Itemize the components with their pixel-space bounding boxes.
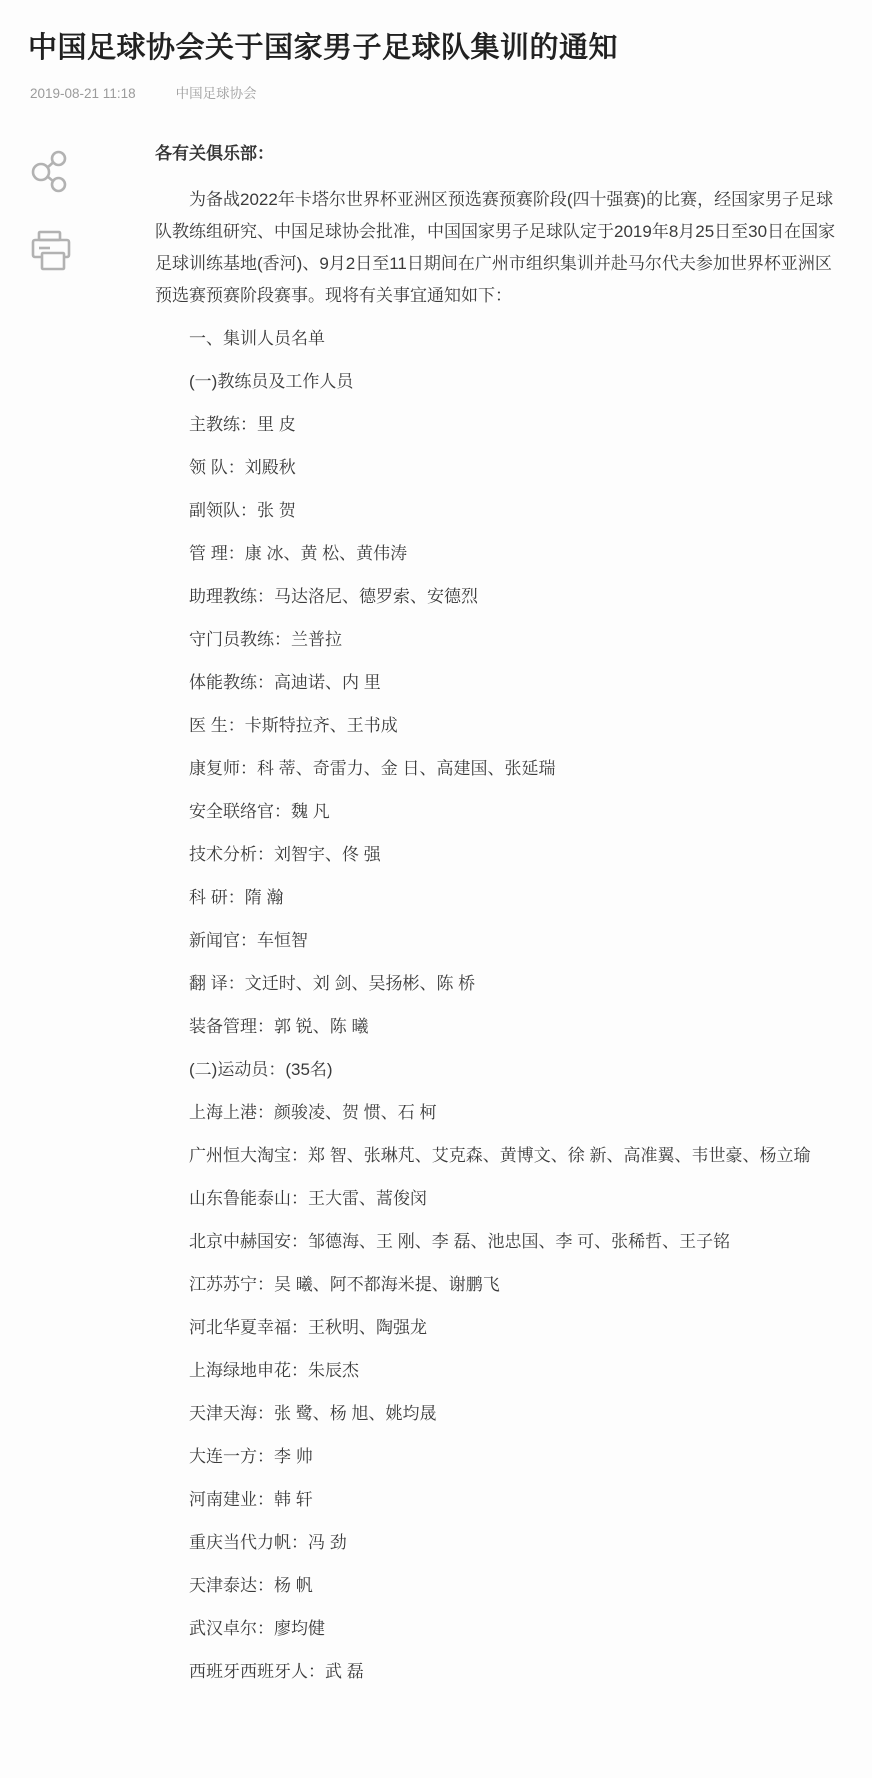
article-paragraph: 新闻官：车恒智 [155,925,845,957]
article-paragraph: 助理教练：马达洛尼、德罗索、安德烈 [155,581,845,613]
article-paragraph: 重庆当代力帆：冯 劲 [155,1527,845,1559]
share-button[interactable] [31,150,67,194]
article-paragraph: 康复师：科 蒂、奇雷力、金 日、高建国、张延瑞 [155,753,845,785]
article-meta: 2019-08-21 11:18中国足球协会 [0,68,872,102]
article-paragraph: 医 生：卡斯特拉齐、王书成 [155,710,845,742]
article-paragraph: 广州恒大淘宝：郑 智、张琳芃、艾克森、黄博文、徐 新、高准翼、韦世豪、杨立瑜 [155,1140,845,1172]
article-paragraph: 一、集训人员名单 [155,323,845,355]
article-paragraph: (二)运动员：(35名) [155,1054,845,1086]
publish-source: 中国足球协会 [176,86,257,101]
article-paragraph: 大连一方：李 帅 [155,1441,845,1473]
page-title: 中国足球协会关于国家男子足球队集训的通知 [0,0,872,68]
article-paragraph: (一)教练员及工作人员 [155,366,845,398]
article-paragraph: 领 队：刘殿秋 [155,452,845,484]
article-paragraph: 上海绿地申花：朱辰杰 [155,1355,845,1387]
print-icon [31,230,71,274]
article-salutation: 各有关俱乐部： [155,138,845,170]
article-paragraph: 技术分析：刘智宇、佟 强 [155,839,845,871]
article-paragraph: 副领队：张 贺 [155,495,845,527]
article-paragraph: 主教练：里 皮 [155,409,845,441]
article-paragraph: 科 研：隋 瀚 [155,882,845,914]
article-content: 各有关俱乐部： 为备战2022年卡塔尔世界杯亚洲区预选赛预赛阶段(四十强赛)的比… [155,138,845,1729]
article-paragraph: 管 理：康 冰、黄 松、黄伟涛 [155,538,845,570]
article-body: 一、集训人员名单(一)教练员及工作人员主教练：里 皮领 队：刘殿秋副领队：张 贺… [155,323,845,1688]
article-paragraph: 武汉卓尔：廖均健 [155,1613,845,1645]
article-paragraph: 天津泰达：杨 帆 [155,1570,845,1602]
article-paragraph: 翻 译：文迁时、刘 剑、吴扬彬、陈 桥 [155,968,845,1000]
side-toolbar [31,150,75,274]
article-paragraph: 山东鲁能泰山：王大雷、蒿俊闵 [155,1183,845,1215]
article-paragraph: 西班牙西班牙人：武 磊 [155,1656,845,1688]
article-paragraph: 河南建业：韩 轩 [155,1484,845,1516]
print-button[interactable] [31,230,71,274]
share-icon [31,150,67,194]
article-paragraph: 装备管理：郭 锐、陈 曦 [155,1011,845,1043]
article-paragraph: 河北华夏幸福：王秋明、陶强龙 [155,1312,845,1344]
article-paragraph: 体能教练：高迪诺、内 里 [155,667,845,699]
article-paragraph: 安全联络官：魏 凡 [155,796,845,828]
article-paragraph: 天津天海：张 鹭、杨 旭、姚均晟 [155,1398,845,1430]
article-paragraph: 江苏苏宁：吴 曦、阿不都海米提、谢鹏飞 [155,1269,845,1301]
article-paragraph: 上海上港：颜骏凌、贺 惯、石 柯 [155,1097,845,1129]
publish-date: 2019-08-21 11:18 [30,86,136,101]
article-paragraph: 北京中赫国安：邹德海、王 刚、李 磊、池忠国、李 可、张稀哲、王子铭 [155,1226,845,1258]
article-page: 中国足球协会关于国家男子足球队集训的通知 2019-08-21 11:18中国足… [0,0,872,1778]
article-paragraph: 守门员教练：兰普拉 [155,624,845,656]
article-intro: 为备战2022年卡塔尔世界杯亚洲区预选赛预赛阶段(四十强赛)的比赛，经国家男子足… [155,184,845,312]
